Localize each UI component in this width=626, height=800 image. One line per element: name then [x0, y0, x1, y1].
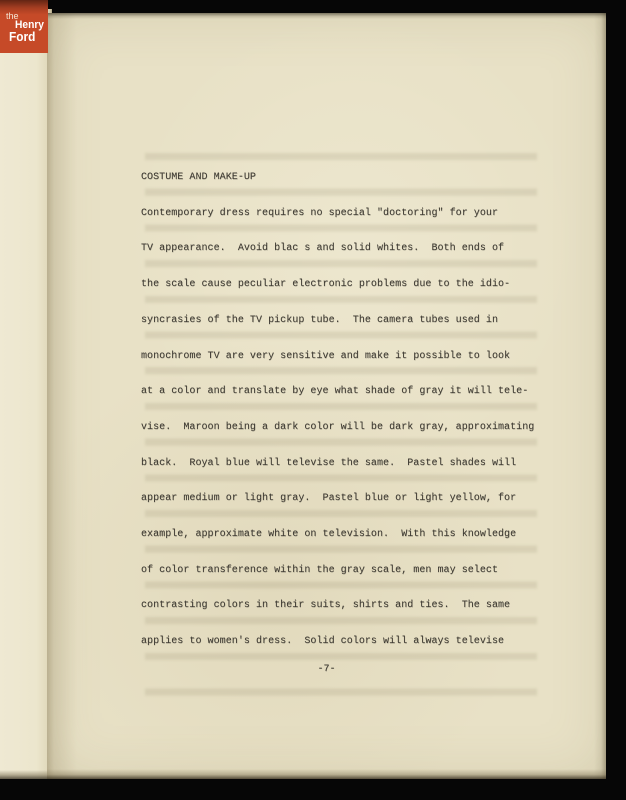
- typed-line: the scale cause peculiar electronic prob…: [141, 267, 581, 303]
- page-number: -7-: [47, 652, 606, 688]
- typed-line: vise. Maroon being a dark color will be …: [141, 410, 581, 446]
- typed-line: contrasting colors in their suits, shirt…: [141, 588, 581, 624]
- typed-line: appear medium or light gray. Pastel blue…: [141, 481, 581, 517]
- typed-line: of color transference within the gray sc…: [141, 553, 581, 589]
- document-heading: COSTUME AND MAKE-UP: [141, 160, 581, 196]
- logo-word-ford: Ford: [9, 30, 35, 44]
- typed-line: monochrome TV are very sensitive and mak…: [141, 339, 581, 375]
- typed-line: Contemporary dress requires no special "…: [141, 196, 581, 232]
- scanned-document-photo: COSTUME AND MAKE-UP Contemporary dress r…: [0, 0, 626, 800]
- typed-line: example, approximate white on television…: [141, 517, 581, 553]
- typed-line: syncrasies of the TV pickup tube. The ca…: [141, 303, 581, 339]
- typed-line: at a color and translate by eye what sha…: [141, 374, 581, 410]
- typed-text-block: COSTUME AND MAKE-UP Contemporary dress r…: [141, 160, 581, 660]
- typed-line: TV appearance. Avoid blac s and solid wh…: [141, 231, 581, 267]
- book-underpage-edge: [0, 9, 52, 779]
- henry-ford-logo: the Henry Ford: [0, 0, 48, 53]
- document-page: COSTUME AND MAKE-UP Contemporary dress r…: [47, 13, 606, 779]
- typed-line: black. Royal blue will televise the same…: [141, 446, 581, 482]
